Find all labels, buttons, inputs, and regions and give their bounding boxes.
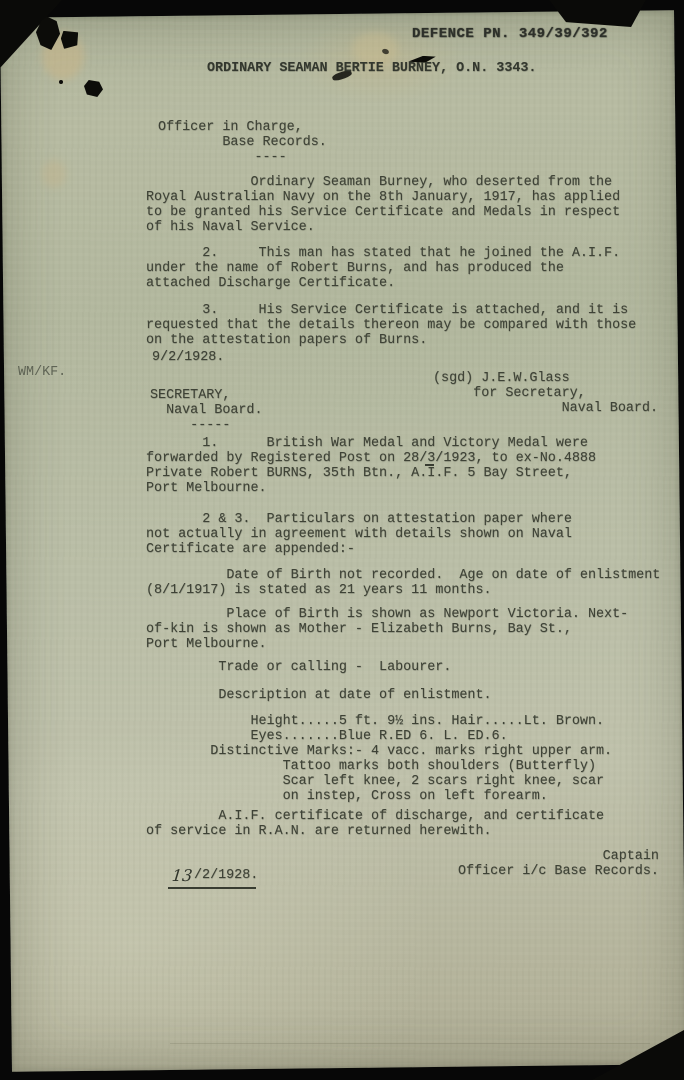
typist-initials: WM/KF.: [18, 365, 66, 380]
description-heading: Description at date of enlistment.: [146, 688, 492, 703]
ink-speck: [59, 80, 63, 84]
handwritten-day: 13: [171, 866, 193, 885]
paragraph-2: 2. This man has stated that he joined th…: [146, 246, 620, 291]
reply-paragraph-2: 2 & 3. Particulars on attestation paper …: [146, 512, 572, 557]
date-reply: /2/1928.: [194, 868, 258, 883]
description-details: Height.....5 ft. 9½ ins. Hair.....Lt. Br…: [146, 714, 612, 804]
birth-details-paragraph: Date of Birth not recorded. Age on date …: [146, 568, 660, 598]
date-underline: [168, 887, 256, 889]
paper-stain: [42, 160, 66, 188]
date-sent: 9/2/1928.: [152, 350, 224, 365]
paper-crease: [170, 1043, 650, 1044]
reply-paragraph-1: 1. British War Medal and Victory Medal w…: [146, 436, 596, 496]
returns-paragraph: A.I.F. certificate of discharge, and cer…: [146, 809, 604, 839]
paragraph-1: Ordinary Seaman Burney, who deserted fro…: [146, 175, 620, 235]
trade-line: Trade or calling - Labourer.: [146, 660, 451, 675]
document-scan: DEFENCE PN. 349/39/392 ORDINARY SEAMAN B…: [0, 0, 684, 1080]
paragraph-3: 3. His Service Certificate is attached, …: [146, 303, 636, 348]
place-of-birth-paragraph: Place of Birth is shown as Newport Victo…: [146, 607, 628, 652]
closing-signature-block: Captain Officer i/c Base Records.: [458, 849, 659, 879]
subject-title: ORDINARY SEAMAN BERTIE BURNEY, O.N. 3343…: [207, 61, 536, 76]
addressee-block: Officer in Charge, Base Records. ----: [150, 120, 327, 165]
ref-number-stamp: DEFENCE PN. 349/39/392: [412, 27, 608, 42]
signature-block: (sgd) J.E.W.Glass for Secretary, Naval B…: [433, 371, 658, 416]
correction-underline: [425, 464, 434, 466]
secretary-address-block: SECRETARY, Naval Board. -----: [150, 388, 263, 433]
